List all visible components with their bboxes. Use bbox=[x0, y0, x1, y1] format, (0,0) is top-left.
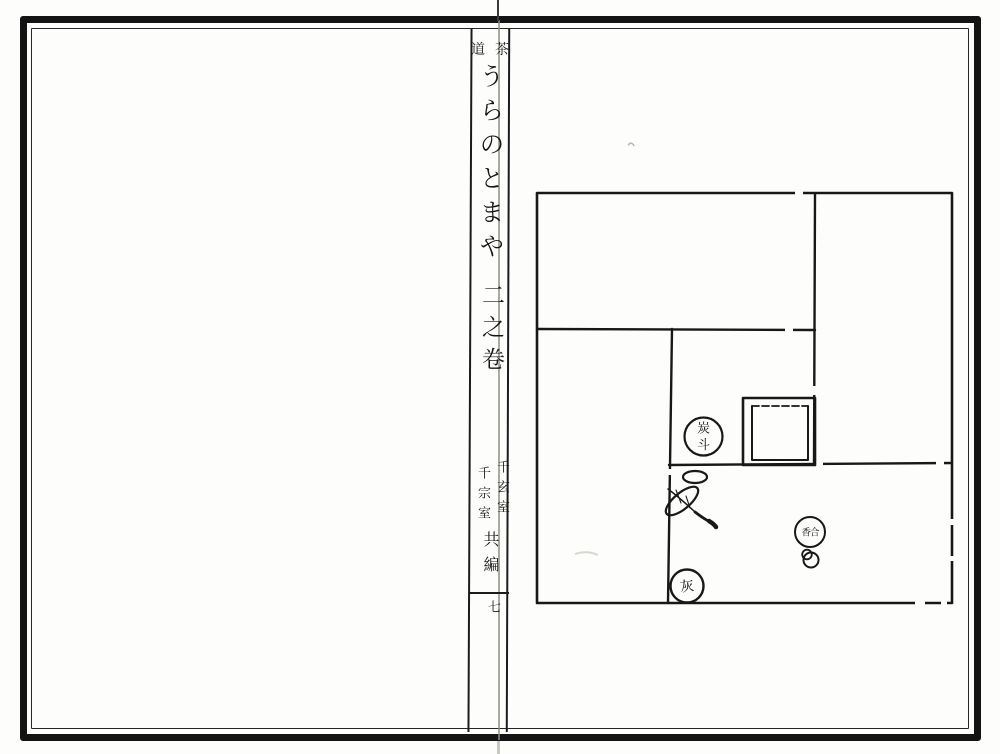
stamp-char-bottom: 斗 bbox=[697, 437, 710, 453]
ring-mark-icon bbox=[683, 471, 707, 483]
ash-vessel-stamp: 灰 bbox=[671, 570, 704, 603]
stamp-text: 香合 bbox=[801, 527, 820, 539]
hearth bbox=[743, 398, 815, 465]
scan-speck bbox=[628, 143, 634, 146]
tea-room-floor-plan: 炭 斗 香合 灰 bbox=[0, 0, 1000, 754]
partition-horizontal-upper bbox=[537, 329, 815, 330]
scan-smudge bbox=[575, 552, 598, 555]
stamp-text: 灰 bbox=[679, 578, 695, 596]
feather-stem-tip bbox=[709, 521, 716, 527]
hearth-outer-square bbox=[743, 398, 815, 465]
incense-container-icon bbox=[802, 550, 818, 568]
charcoal-basket-stamp: 炭 斗 bbox=[685, 418, 723, 456]
book-spread-scan: 道 茶 うらのとまや 二之卷 千玄室 千宗室 共編 七 bbox=[0, 0, 1000, 754]
incense-stamp: 香合 bbox=[795, 517, 825, 547]
stamp-char-top: 炭 bbox=[697, 421, 710, 437]
hearth-inner-square bbox=[752, 406, 808, 460]
